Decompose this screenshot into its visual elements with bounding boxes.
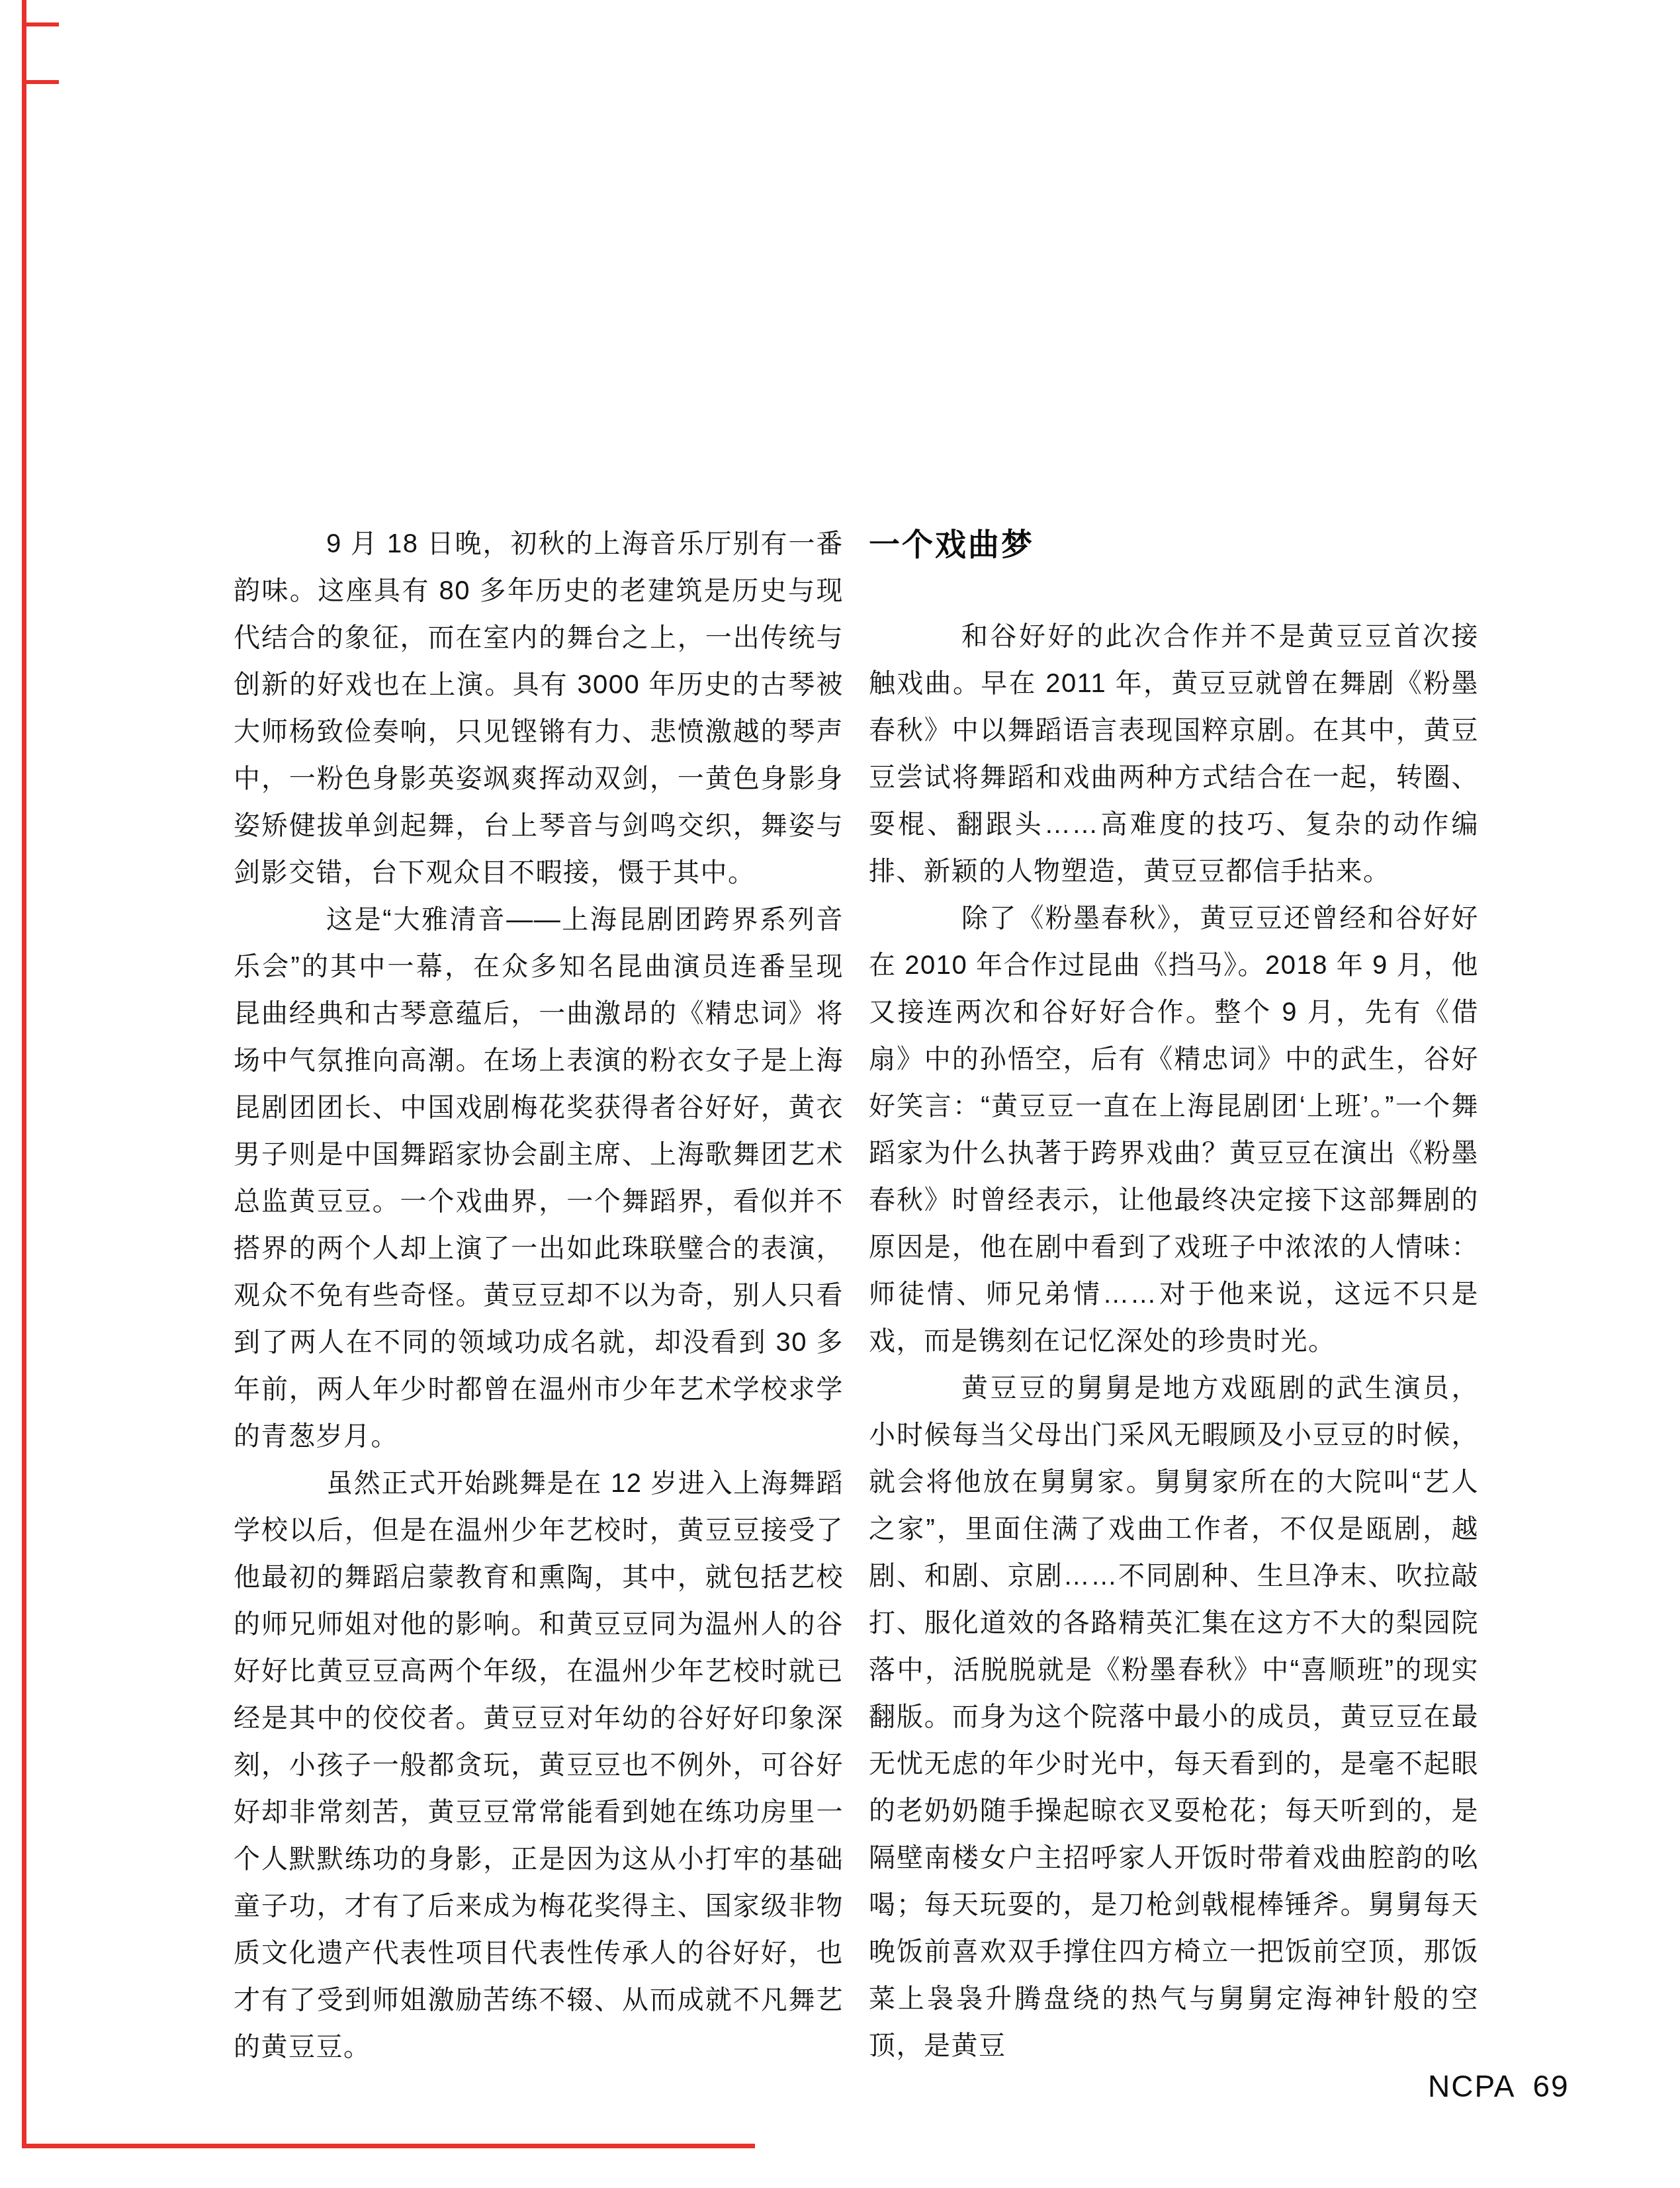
- paragraph-concert-scene: 9 月 18 日晚，初秋的上海音乐厅别有一番韵味。这座具有 80 多年历史的老建…: [234, 521, 844, 897]
- article-right-column: 一个戏曲梦 和谷好好的此次合作并不是黄豆豆首次接触戏曲。早在 2011 年，黄豆…: [869, 521, 1479, 2070]
- red-crop-line-vertical: [22, 0, 26, 2148]
- page-number: 69: [1532, 2069, 1569, 2103]
- paragraph-collaborations: 除了《粉墨春秋》，黄豆豆还曾经和谷好好在 2010 年合作过昆曲《挡马》。201…: [869, 895, 1479, 1365]
- journal-name: NCPA: [1428, 2069, 1515, 2103]
- red-registration-tick: [22, 22, 59, 26]
- paragraph-wenzhou-art-school: 虽然正式开始跳舞是在 12 岁进入上海舞蹈学校以后，但是在温州少年艺校时，黄豆豆…: [234, 1460, 844, 2071]
- paragraph-first-opera-contact: 和谷好好的此次合作并不是黄豆豆首次接触戏曲。早在 2011 年，黄豆豆就曾在舞剧…: [869, 613, 1479, 895]
- paragraph-crossover-performance: 这是“大雅清音——上海昆剧团跨界系列音乐会”的其中一幕，在众多知名昆曲演员连番呈…: [234, 897, 844, 1460]
- page-footer: NCPA69: [1428, 2071, 1569, 2101]
- red-crop-line-horizontal: [22, 2144, 755, 2148]
- magazine-page: 9 月 18 日晚，初秋的上海音乐厅别有一番韵味。这座具有 80 多年历史的老建…: [0, 0, 1680, 2188]
- article-left-column: 9 月 18 日晚，初秋的上海音乐厅别有一番韵味。这座具有 80 多年历史的老建…: [234, 521, 844, 2071]
- section-heading: 一个戏曲梦: [869, 521, 1479, 568]
- paragraph-uncle-courtyard: 黄豆豆的舅舅是地方戏瓯剧的武生演员，小时候每当父母出门采风无暇顾及小豆豆的时候，…: [869, 1365, 1479, 2070]
- red-registration-tick: [22, 80, 59, 84]
